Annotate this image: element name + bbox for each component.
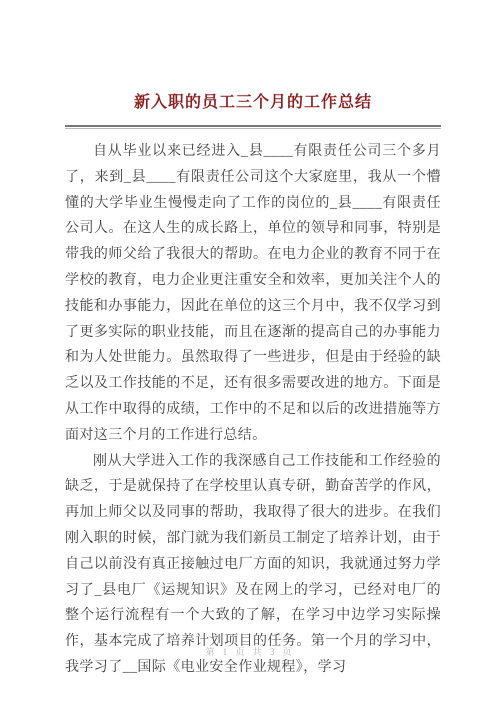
page-number-footer: 第 1 页 共 3 页 [0,645,500,658]
title-divider-rule [65,125,441,129]
paragraph-intro: 自从毕业以来已经进入_县____有限责任公司三个多月了，来到_县____有限责任… [65,139,441,449]
document-content: 新入职的员工三个月的工作总结 自从毕业以来已经进入_县____有限责任公司三个多… [65,0,441,681]
document-page: 新入职的员工三个月的工作总结 自从毕业以来已经进入_县____有限责任公司三个多… [0,0,500,707]
document-title: 新入职的员工三个月的工作总结 [65,92,441,114]
